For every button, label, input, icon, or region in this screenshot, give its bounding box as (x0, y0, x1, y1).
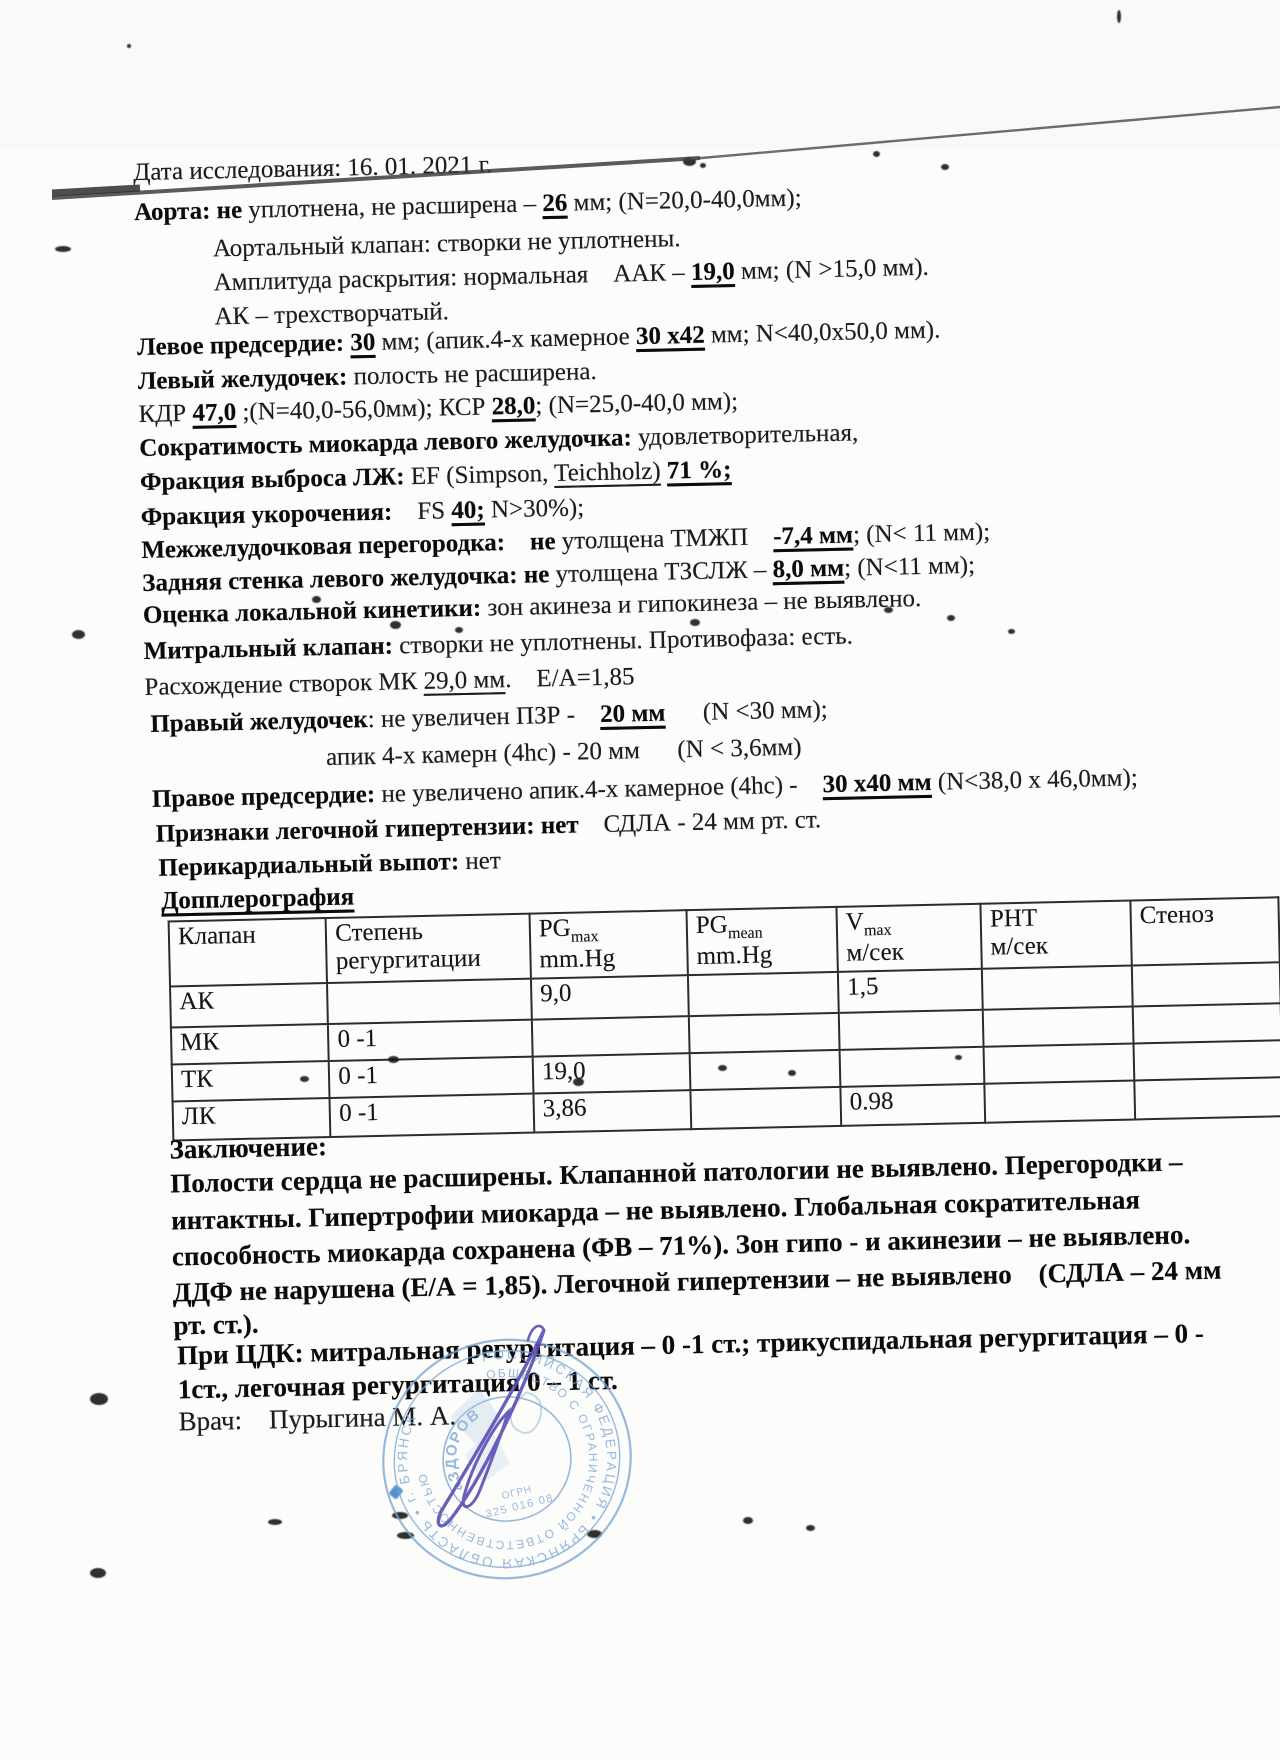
report-text: Митральный клапан: (143, 632, 399, 665)
report-text: : не увеличен ПЗР - (367, 701, 600, 733)
report-text: утолщена ТЗСЛЖ – (549, 556, 773, 588)
report-line: Заключение: (169, 1131, 327, 1165)
table-header-cell: Степеньрегургитации (326, 914, 531, 983)
scan-speckle (90, 1393, 108, 1405)
table-cell (327, 979, 531, 1024)
column-label: PG (696, 911, 729, 939)
scan-speckle (941, 164, 949, 170)
report-text: FS (392, 497, 452, 525)
table-cell (690, 1087, 841, 1129)
doppler-table: КлапанСтепеньрегургитацииPGmaxmm.HgPGmea… (168, 896, 1280, 1141)
scan-speckle (455, 627, 463, 633)
scan-speckle (806, 1525, 815, 1531)
report-text: не (524, 561, 550, 589)
report-text: ; (N<11 мм); (844, 552, 975, 582)
report-text: Задняя стенка левого желудочка: (142, 562, 524, 597)
measured-value: 71 %; (667, 456, 732, 484)
report-text: Признаки легочной гипертензии: нет (155, 812, 578, 848)
report-line: Аорта: не уплотнена, не расширена – 26 м… (134, 185, 802, 228)
column-label-subscript: max (571, 928, 599, 946)
measured-value: Допплерография (161, 883, 355, 914)
report-line: При ЦДК: митральная регургитация – 0 -1 … (177, 1318, 1204, 1371)
table-cell (983, 1006, 1134, 1046)
report-text: Амплитуда раскрытия: нормальная ААК – (213, 259, 691, 296)
scan-speckle (1117, 10, 1121, 23)
table-header-cell: PGmaxmm.Hg (529, 910, 688, 978)
report-text: АК – трехстворчатый. (214, 298, 449, 330)
report-text: (N<38,0 х 46,0мм); (931, 764, 1138, 795)
table-header-cell: PHTм/сек (981, 901, 1132, 969)
column-label-line2: mm.Hg (696, 940, 828, 971)
report-line: Допплерография (161, 883, 355, 915)
table-cell: 3,86 (533, 1090, 691, 1132)
table-header-cell: Vmaxм/сек (836, 904, 982, 972)
report-text: створки не уплотнены. Противофаза: есть. (399, 623, 853, 660)
report-line: Дата исследования: 16. 01. 2021 г. (133, 151, 493, 187)
measured-value: 40; (451, 497, 485, 525)
column-label: Клапан (178, 922, 256, 951)
report-line: рт. ст.). (173, 1309, 259, 1342)
scanned-echo-report-page: Дата исследования: 16. 01. 2021 г.Аорта:… (0, 0, 1280, 1760)
column-label-line2: м/сек (990, 931, 1122, 962)
report-text: мм; (N >15,0 мм). (734, 254, 929, 285)
report-text: . Е/А=1,85 (505, 663, 635, 693)
scan-speckle (1008, 629, 1015, 634)
report-text: СДЛА - 24 мм рт. ст. (578, 806, 821, 838)
table-cell: МК (171, 1024, 329, 1064)
scan-speckle (690, 619, 700, 626)
table-cell: 1,5 (838, 969, 983, 1013)
report-text: Левое предсердие: (137, 329, 351, 361)
report-text: мм; (N=20,0-40,0мм); (567, 185, 802, 217)
table-header-cell: PGmeanmm.Hg (687, 907, 838, 975)
report-text: Заключение: (169, 1131, 327, 1164)
table-cell (1134, 1040, 1280, 1080)
report-text: не (530, 528, 556, 556)
measured-value: 30 (350, 329, 376, 357)
table-cell (1134, 1077, 1280, 1119)
report-text: уплотнена, не расширена – (242, 190, 543, 224)
conclusion-block: Заключение:Полости сердца не расширены. … (0, 0, 1259, 2)
report-text: нет (465, 847, 501, 875)
report-text: Фракция укорочения: (140, 499, 392, 531)
report-text: ; (N=25,0-40,0 мм); (535, 388, 738, 419)
column-label-subscript: max (864, 922, 892, 940)
scan-speckle (573, 1078, 584, 1086)
table-cell (1132, 962, 1280, 1006)
column-label: PHT (990, 905, 1038, 933)
report-text: Дата исследования: 16. 01. 2021 г. (133, 151, 493, 186)
column-label: Стеноз (1139, 901, 1214, 930)
report-text: Правый желудочек (150, 706, 368, 738)
table-cell: 9,0 (531, 975, 689, 1019)
report-line: Правый желудочек: не увеличен ПЗР - 20 м… (150, 696, 828, 739)
report-line: Правое предсердие: не увеличено апик.4-х… (152, 764, 1138, 814)
column-label: V (845, 908, 864, 935)
report-line: Левый желудочек: полость не расширена. (138, 358, 597, 396)
report-text: мм; (апик.4-х камерное (375, 323, 636, 356)
report-text: мм; N<40,0х50,0 мм). (704, 317, 940, 349)
report-line: Аортальный клапан: створки не уплотнены. (213, 225, 681, 263)
report-text: Правое предсердие: (152, 781, 382, 813)
measured-value: 26 (542, 190, 568, 218)
report-text: EF (Simpson, (411, 460, 555, 490)
scan-speckle (718, 1065, 727, 1071)
scan-speckle (884, 607, 893, 613)
table-cell: 0.98 (840, 1084, 985, 1126)
scan-speckle (788, 1070, 796, 1076)
report-text: апик 4-х камерн (4hc) - 20 мм (N < 3,6мм… (326, 734, 802, 771)
measured-value: Teichholz) (554, 458, 661, 487)
column-label: PG (538, 915, 571, 943)
report-text: Расхождение створок МК (144, 668, 424, 701)
table-cell: АК (170, 983, 328, 1027)
table-header-cell: Стеноз (1130, 897, 1279, 965)
report-line: КДР 47,0 ;(N=40,0-56,0мм); КСР 28,0; (N=… (138, 388, 738, 429)
scan-speckle (127, 44, 131, 48)
scan-speckle (312, 596, 321, 603)
table-cell: 19,0 (533, 1053, 691, 1093)
scan-speckle (700, 163, 706, 168)
measured-value: 19,0 (691, 258, 735, 286)
report-text-block: Дата исследования: 16. 01. 2021 г.Аорта:… (0, 0, 1259, 2)
report-text: Аортальный клапан: створки не уплотнены. (213, 225, 681, 262)
table-cell (532, 1016, 690, 1056)
table-cell: 0 -1 (329, 1057, 533, 1098)
report-text: При ЦДК: митральная регургитация – 0 -1 … (177, 1318, 1204, 1370)
table-cell (690, 1050, 841, 1090)
column-label-line2: м/сек (846, 937, 973, 968)
measured-value: 29,0 мм (423, 666, 505, 695)
measured-value: 47,0 (192, 399, 236, 427)
report-text: Фракция выброса ЛЖ: (140, 463, 411, 496)
measured-value: 30 х40 мм (822, 769, 932, 798)
scan-speckle (300, 1076, 309, 1082)
report-text: не увеличено апик.4-х камерное (4hc) - (381, 771, 823, 808)
measured-value: 20 мм (600, 700, 666, 728)
table-cell (840, 1047, 985, 1087)
scan-speckle (947, 615, 955, 621)
table-cell (689, 1013, 840, 1053)
report-text: (N <30 мм); (665, 696, 828, 727)
column-label-line2: mm.Hg (539, 943, 679, 974)
report-text: утолщена ТМЖП (555, 523, 773, 555)
table-cell (982, 965, 1133, 1009)
table-cell (688, 972, 839, 1016)
report-text: рт. ст.). (173, 1309, 259, 1341)
column-label-subscript: mean (728, 925, 763, 943)
table-header-cell: Клапан (169, 918, 328, 986)
scan-speckle (55, 246, 71, 252)
scan-speckle (955, 1055, 962, 1060)
report-text: Аорта: не (134, 197, 243, 226)
report-text: КДР (138, 400, 192, 428)
measured-value: -7,4 мм (773, 521, 853, 550)
report-text: ;(N=40,0-56,0мм); КСР (236, 393, 492, 426)
report-text: удовлетворительная, (638, 419, 859, 451)
report-line: АК – трехстворчатый. (214, 298, 449, 331)
column-label-line2: регургитации (336, 944, 522, 976)
scan-speckle (873, 151, 880, 157)
report-text: ; (N< 11 мм); (853, 518, 991, 548)
report-text: N>30%); (484, 494, 584, 523)
report-line: Расхождение створок МК 29,0 мм. Е/А=1,85 (144, 663, 635, 702)
report-line: апик 4-х камерн (4hc) - 20 мм (N < 3,6мм… (326, 734, 802, 772)
report-text: Левый желудочек: (138, 363, 354, 395)
report-text (505, 529, 531, 557)
report-line: Фракция укорочения: FS 40; N>30%); (140, 494, 584, 532)
scan-speckle (683, 157, 696, 166)
scan-speckle (743, 1517, 753, 1524)
table-cell (984, 1043, 1135, 1083)
scan-speckle (90, 1568, 106, 1578)
report-line: Митральный клапан: створки не уплотнены.… (143, 623, 853, 666)
report-text: Межжелудочковая перегородка: (141, 529, 505, 564)
scan-speckle (268, 1519, 282, 1525)
table-cell (1133, 1003, 1280, 1043)
report-text: полость не расширена. (353, 358, 597, 390)
table-cell: 0 -1 (328, 1020, 532, 1061)
table-cell (839, 1010, 984, 1050)
doctor-signature (380, 1292, 610, 1552)
column-label: Степень (335, 918, 423, 947)
measured-value: 28,0 (491, 392, 535, 420)
measured-value: 30 х42 (636, 322, 705, 350)
table-cell (985, 1080, 1136, 1122)
scan-speckle (390, 621, 401, 629)
report-line: Фракция выброса ЛЖ: EF (Simpson, Teichho… (140, 456, 732, 497)
measured-value: 8,0 мм (772, 555, 844, 584)
report-text: Сократимость миокарда левого желудочка: (139, 424, 638, 462)
scan-speckle (72, 630, 85, 639)
report-line: Признаки легочной гипертензии: нет СДЛА … (155, 806, 821, 849)
scan-speckle (388, 1056, 399, 1063)
report-text: зон акинеза и гипокинеза – не выявлено. (487, 585, 921, 621)
report-text: Перикардиальный выпот: (158, 848, 466, 882)
report-line: Перикардиальный выпот: нет (158, 847, 501, 882)
table-cell: 0 -1 (330, 1094, 534, 1137)
